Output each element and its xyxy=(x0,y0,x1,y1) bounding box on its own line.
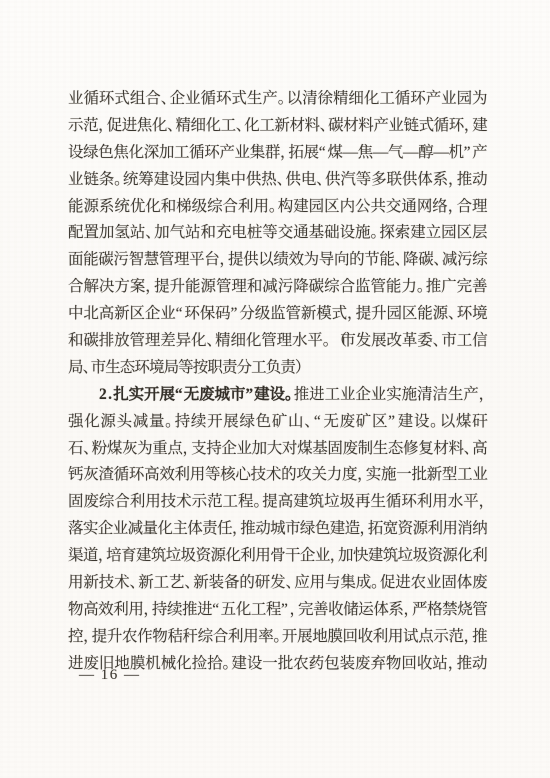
text-line: 配置加氢站、加气站和充电桩等交通基础设施。探索建立园区层 xyxy=(68,220,487,247)
page-number: — 16 — xyxy=(79,667,141,684)
text-line: 局、市生态环境局等按职责分工负责） xyxy=(68,355,487,382)
document-text-block: 业循环式组合、企业循环式生产。以清徐精细化工循环产业园为示范，促进焦化、精细化工… xyxy=(68,86,487,678)
text-line: 面能碳污智慧管理平台，提供以绩效为导向的节能、降碳、减污综 xyxy=(68,247,487,274)
text-line: 业链条。统筹建设园内集中供热、供电、供汽等多联供体系，推动 xyxy=(68,167,487,194)
text-line: 用新技术、新工艺、新装备的研发、应用与集成。促进农业固体废 xyxy=(68,570,487,597)
text-line: 2.扎实开展“无废城市”建设。推进工业企业实施清洁生产， xyxy=(68,382,487,409)
text-line: 钙灰渣循环高效利用等核心技术的攻关力度，实施一批新型工业 xyxy=(68,462,487,489)
text-line: 落实企业减量化主体责任，推动城市绿色建造，拓宽资源利用消纳 xyxy=(68,516,487,543)
text-line: 合解决方案，提升能源管理和减污降碳综合监管能力。推广完善 xyxy=(68,274,487,301)
text-line: 业循环式组合、企业循环式生产。以清徐精细化工循环产业园为 xyxy=(68,86,487,113)
text-line: 固废综合利用技术示范工程。提高建筑垃圾再生循环利用水平， xyxy=(68,489,487,516)
text-line: 和碳排放管理差异化、精细化管理水平。（市发展改革委、市工信 xyxy=(68,328,487,355)
text-line: 强化源头减量。持续开展绿色矿山、“无废矿区”建设。以煤矸 xyxy=(68,409,487,436)
document-page: 业循环式组合、企业循环式生产。以清徐精细化工循环产业园为示范，促进焦化、精细化工… xyxy=(0,0,550,778)
paragraph: 业循环式组合、企业循环式生产。以清徐精细化工循环产业园为示范，促进焦化、精细化工… xyxy=(68,86,487,382)
text-line: 物高效利用，持续推进“五化工程”，完善收储运体系，严格禁烧管 xyxy=(68,597,487,624)
paragraph: 2.扎实开展“无废城市”建设。推进工业企业实施清洁生产，强化源头减量。持续开展绿… xyxy=(68,382,487,678)
text-line: 中北高新区企业“环保码”分级监管新模式，提升园区能源、环境 xyxy=(68,301,487,328)
text-line: 渠道，培育建筑垃圾资源化利用骨干企业，加快建筑垃圾资源化利 xyxy=(68,543,487,570)
text-line: 示范，促进焦化、精细化工、化工新材料、碳材料产业链式循环，建 xyxy=(68,113,487,140)
text-line: 能源系统优化和梯级综合利用。构建园区内公共交通网络，合理 xyxy=(68,194,487,221)
text-line: 石、粉煤灰为重点，支持企业加大对煤基固废制生态修复材料、高 xyxy=(68,436,487,463)
text-line: 设绿色焦化深加工循环产业集群，拓展“煤—焦—气—醇—机”产 xyxy=(68,140,487,167)
text-line: 控，提升农作物秸秆综合利用率。开展地膜回收利用试点示范，推 xyxy=(68,624,487,651)
